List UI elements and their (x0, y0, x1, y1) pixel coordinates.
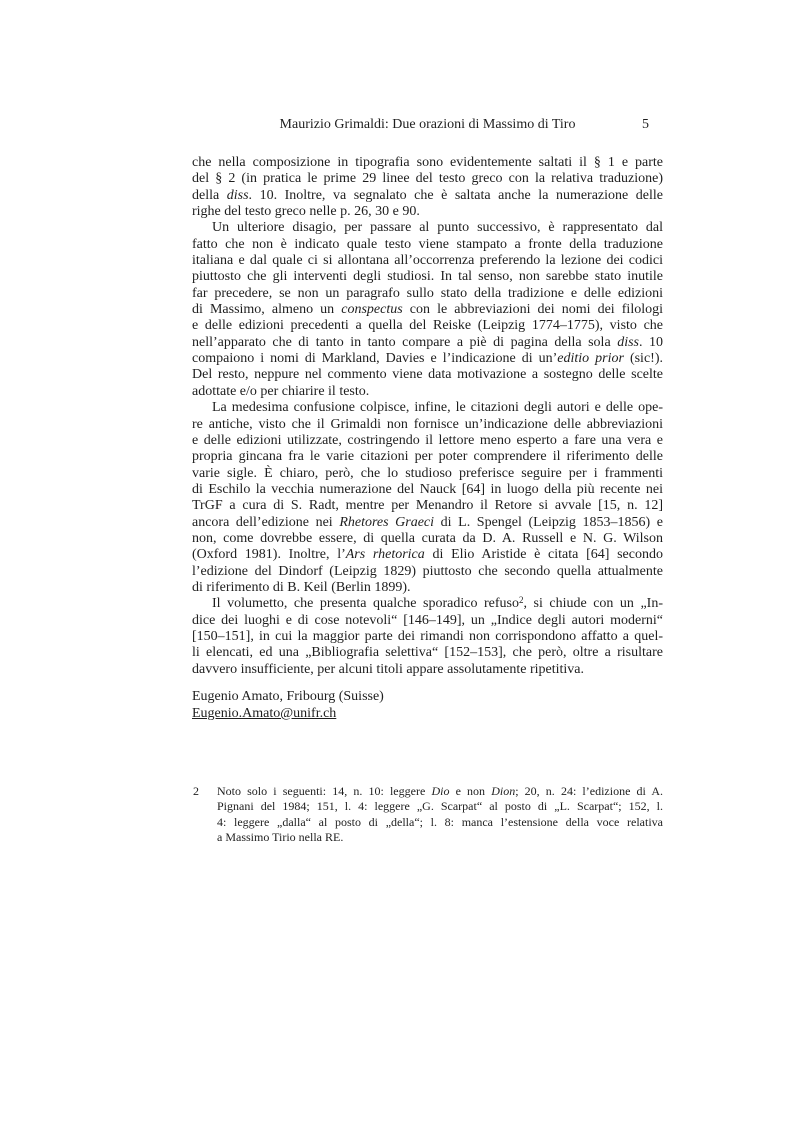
running-header-title: Maurizio Grimaldi: Due orazioni di Massi… (280, 117, 576, 132)
page-number: 5 (642, 116, 649, 133)
text-segment: compaiono i nomi di Markland, Davies e l… (192, 351, 557, 366)
italic-text-segment: Dio (431, 784, 449, 798)
email-link[interactable]: Eugenio.Amato@unifr.ch (192, 706, 336, 721)
paragraph: che nella composizione in tipografia son… (192, 155, 663, 220)
text-line: far precedere, se non un paragrafo sullo… (192, 286, 663, 302)
text-line: La medesima confusione colpisce, infine,… (192, 400, 663, 416)
text-segment: Del resto, neppure nel commento viene da… (192, 367, 663, 382)
text-segment: Un ulteriore disagio, per passare al pun… (212, 220, 663, 235)
text-segment: Il volumetto, che presenta qualche spora… (212, 596, 519, 611)
text-segment: e delle edizioni utilizzate, costringend… (192, 433, 663, 448)
text-line: di Massimo, almeno un conspectus con le … (192, 302, 663, 318)
running-header: Maurizio Grimaldi: Due orazioni di Massi… (192, 116, 663, 133)
text-line: dice dei luoghi e di cose notevoli“ [146… (192, 613, 663, 629)
italic-text-segment: Rhetores Graeci (339, 515, 434, 530)
text-segment: ; 20, n. 24: l’edizione di A. (515, 784, 663, 798)
text-segment: di Elio Aristide è citata [64] secondo (425, 547, 663, 562)
text-line: di Eschilo la vecchia numerazione del Na… (192, 482, 663, 498)
text-line: righe del testo greco nelle p. 26, 30 e … (192, 204, 663, 220)
text-segment: a Massimo Tirio nella RE. (217, 830, 343, 844)
text-segment: , si chiude con un „In- (523, 596, 663, 611)
text-segment: . 10 (639, 335, 663, 350)
signature-email-line: Eugenio.Amato@unifr.ch (192, 706, 663, 723)
text-line: Il volumetto, che presenta qualche spora… (192, 596, 663, 612)
signature-author: Eugenio Amato, Fribourg (Suisse) (192, 689, 663, 706)
text-segment: La medesima confusione colpisce, infine,… (212, 400, 663, 415)
text-segment: davvero insufficiente, per alcuni titoli… (192, 662, 584, 677)
text-segment: TrGF a cura di S. Radt, mentre per Menan… (192, 498, 663, 513)
text-segment: Pignani del 1984; 151, l. 4: leggere „G.… (217, 799, 663, 813)
text-segment: italiana e dal quale ci si allontana all… (192, 253, 663, 268)
text-line: Del resto, neppure nel commento viene da… (192, 367, 663, 383)
italic-text-segment: editio prior (557, 351, 624, 366)
text-segment: l’edizione del Dindorf (Leipzig 1829) pi… (192, 564, 663, 579)
text-line: fatto che non è indicato quale testo vie… (192, 237, 663, 253)
text-line: nell’apparato che di tanto in tanto comp… (192, 335, 663, 351)
signature-block: Eugenio Amato, Fribourg (Suisse) Eugenio… (192, 689, 663, 723)
text-line: che nella composizione in tipografia son… (192, 155, 663, 171)
text-line: Pignani del 1984; 151, l. 4: leggere „G.… (217, 799, 663, 814)
text-line: italiana e dal quale ci si allontana all… (192, 253, 663, 269)
italic-text-segment: diss (227, 188, 249, 203)
text-line: piuttosto che gli interventi degli studi… (192, 269, 663, 285)
text-line: a Massimo Tirio nella RE. (217, 830, 663, 845)
text-line: della diss. 10. Inoltre, va segnalato ch… (192, 188, 663, 204)
text-segment: (Oxford 1981). Inoltre, l’ (192, 547, 346, 562)
footnote: 2 Noto solo i seguenti: 14, n. 10: legge… (192, 784, 663, 845)
text-line: adottate e/o per chiarire il testo. (192, 384, 663, 400)
text-line: non, come dovrebbe essere, di quella cur… (192, 531, 663, 547)
text-segment: varie sigle. È chiaro, però, che lo stud… (192, 466, 663, 481)
text-segment: . 10. Inoltre, va segnalato che è saltat… (249, 188, 663, 203)
text-segment: 4: leggere „dalla“ al posto di „della“; … (217, 815, 663, 829)
text-segment: nell’apparato che di tanto in tanto comp… (192, 335, 617, 350)
text-segment: propria gincana fra le varie citazioni p… (192, 449, 663, 464)
italic-text-segment: Dion (491, 784, 515, 798)
text-line: davvero insufficiente, per alcuni titoli… (192, 662, 663, 678)
text-line: 4: leggere „dalla“ al posto di „della“; … (217, 815, 663, 830)
text-segment: di L. Spengel (Leipzig 1853–1856) e (434, 515, 663, 530)
text-segment: far precedere, se non un paragrafo sullo… (192, 286, 663, 301)
text-line: [150–151], in cui la maggior parte dei r… (192, 629, 663, 645)
italic-text-segment: conspectus (341, 302, 402, 317)
text-line: del § 2 (in pratica le prime 29 linee de… (192, 171, 663, 187)
paragraph: La medesima confusione colpisce, infine,… (192, 400, 663, 596)
footnote-marker: 2 (193, 784, 199, 799)
footnote-reference: 2 (519, 595, 524, 605)
text-segment: adottate e/o per chiarire il testo. (192, 384, 369, 399)
text-line: ancora dell’edizione nei Rhetores Graeci… (192, 515, 663, 531)
text-segment: righe del testo greco nelle p. 26, 30 e … (192, 204, 420, 219)
paragraph: Un ulteriore disagio, per passare al pun… (192, 220, 663, 400)
text-segment: ancora dell’edizione nei (192, 515, 339, 530)
text-line: (Oxford 1981). Inoltre, l’Ars rhetorica … (192, 547, 663, 563)
text-line: e delle edizioni utilizzate, costringend… (192, 433, 663, 449)
text-line: compaiono i nomi di Markland, Davies e l… (192, 351, 663, 367)
text-segment: piuttosto che gli interventi degli studi… (192, 269, 663, 284)
text-segment: del § 2 (in pratica le prime 29 linee de… (192, 171, 663, 186)
text-segment: e non (449, 784, 491, 798)
italic-text-segment: Ars rhetorica (346, 547, 425, 562)
text-segment: fatto che non è indicato quale testo vie… (192, 237, 663, 252)
paragraph: Il volumetto, che presenta qualche spora… (192, 596, 663, 678)
document-page: Maurizio Grimaldi: Due orazioni di Massi… (0, 0, 800, 1131)
text-line: li elencati, ed una „Bibliografia selett… (192, 645, 663, 661)
text-line: l’edizione del Dindorf (Leipzig 1829) pi… (192, 564, 663, 580)
text-line: Un ulteriore disagio, per passare al pun… (192, 220, 663, 236)
italic-text-segment: diss (617, 335, 639, 350)
text-segment: dice dei luoghi e di cose notevoli“ [146… (192, 613, 663, 628)
text-segment: Noto solo i seguenti: 14, n. 10: leggere (217, 784, 431, 798)
text-segment: non, come dovrebbe essere, di quella cur… (192, 531, 663, 546)
text-line: propria gincana fra le varie citazioni p… (192, 449, 663, 465)
text-segment: di riferimento di B. Keil (Berlin 1899). (192, 580, 411, 595)
text-line: TrGF a cura di S. Radt, mentre per Menan… (192, 498, 663, 514)
review-body-text: che nella composizione in tipografia son… (192, 155, 663, 678)
text-segment: re antiche, visto che il Grimaldi non fo… (192, 417, 663, 432)
text-segment: (sic!). (624, 351, 663, 366)
text-segment: con le abbreviazioni dei nomi dei filolo… (403, 302, 663, 317)
footnote-text: Noto solo i seguenti: 14, n. 10: leggere… (217, 784, 663, 845)
text-line: varie sigle. È chiaro, però, che lo stud… (192, 466, 663, 482)
text-line: re antiche, visto che il Grimaldi non fo… (192, 417, 663, 433)
text-segment: che nella composizione in tipografia son… (192, 155, 663, 170)
text-line: di riferimento di B. Keil (Berlin 1899). (192, 580, 663, 596)
text-segment: [150–151], in cui la maggior parte dei r… (192, 629, 663, 644)
text-segment: della (192, 188, 227, 203)
text-line: e delle edizioni precedenti a quella del… (192, 318, 663, 334)
text-line: Noto solo i seguenti: 14, n. 10: leggere… (217, 784, 663, 799)
text-segment: e delle edizioni precedenti a quella del… (192, 318, 663, 333)
text-segment: di Eschilo la vecchia numerazione del Na… (192, 482, 663, 497)
text-segment: li elencati, ed una „Bibliografia selett… (192, 645, 663, 660)
text-segment: di Massimo, almeno un (192, 302, 341, 317)
